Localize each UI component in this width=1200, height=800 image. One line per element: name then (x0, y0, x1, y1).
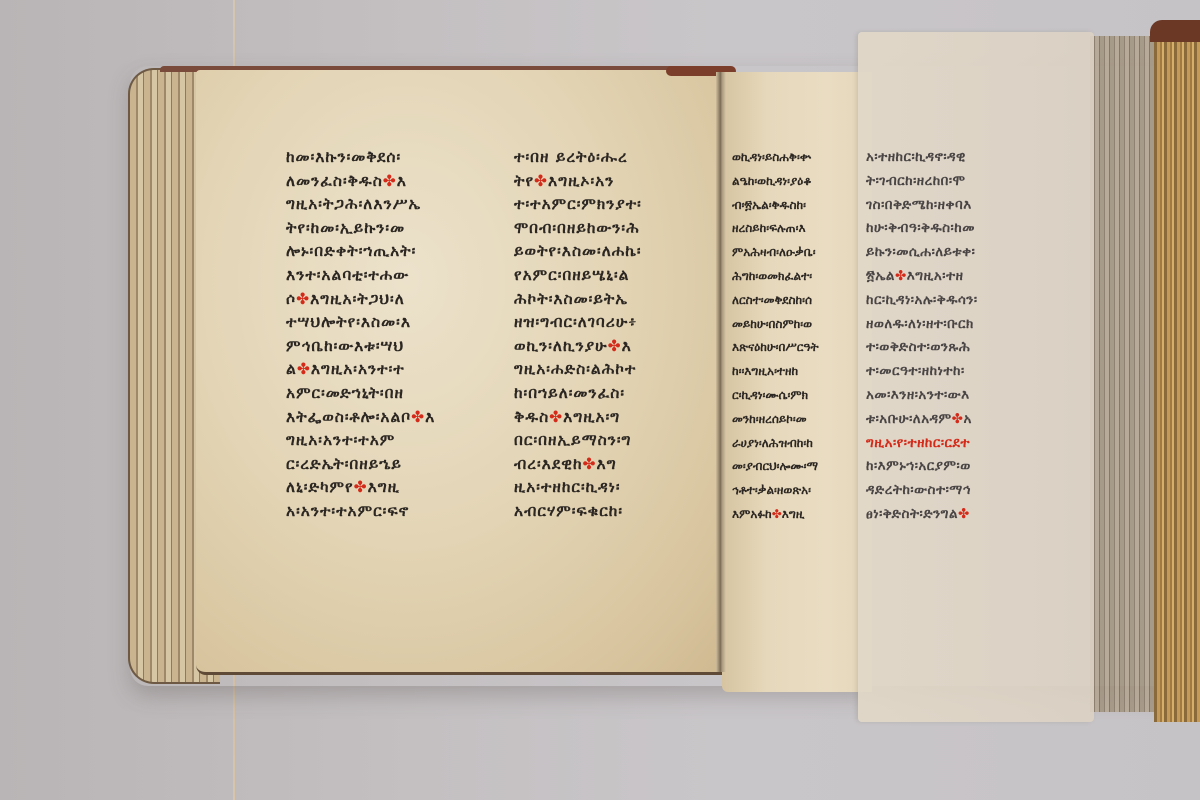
manuscript-line: ተሣህሎትየ፡እስመ፡እ (286, 311, 435, 335)
manuscript-line: ቅዱስ✤እግዚአ፡ግ (514, 406, 642, 430)
manuscript-line: አምር፡መድኀኒት፡በዘ (286, 382, 435, 406)
manuscript-line: ል✤እግዚአ፡አንተ፡ተ (286, 358, 435, 382)
rubric-cross-icon: ✤ (583, 455, 597, 473)
manuscript-line: ት፡ገብርከ፡ዘረከበ፡ሞ (866, 170, 978, 194)
rubric-cross-icon: ✤ (958, 506, 970, 522)
rubric-cross-icon: ✤ (952, 411, 964, 427)
manuscript-line: ለኒ፡ድካምየ✤እግዚ (286, 476, 435, 500)
manuscript-line: አ፡አንተ፡ተአምር፡ፍኖ (286, 500, 435, 524)
left-folio-column-2: ተ፡በዘ ይረትዕ፡ሑረትየ✤እግዚኦ፡አንተ፡ተአምር፡ምክንያተ፡ሞበብ፡በ… (514, 146, 642, 524)
manuscript-line: ሕኮት፡እስመ፡ይትኤ (514, 288, 642, 312)
right-folio-column-1: ወኪዳነ፡ይስሐቅ፡ቍልዔከ፡ወኪዳነ፡ያዕቆብ፡፳ኤል፡ቅዱስከ፡ዘረስይከ፡… (732, 146, 819, 527)
rubric-cross-icon: ✤ (297, 360, 311, 378)
manuscript-line: ከ፡፡እግዚአ፡ተዘከ (732, 360, 819, 384)
manuscript-line: ከ፡በኀይለ፡መንፈስ፡ (514, 382, 642, 406)
manuscript-line: የአምር፡በዘይሤኒ፡ል (514, 264, 642, 288)
left-folio-column-1: ከመ፡እኩን፡መቅደሰ፡ለመንፈስ፡ቅዱስ✤እግዚአ፡ትጋሕ፡ለእንሥኤትየ፡ከ… (286, 146, 435, 524)
manuscript-line: ሕግከ፡ወመክፈልተ፡ (732, 265, 819, 289)
book-gutter (716, 72, 726, 672)
manuscript-line: ይወትየ፡እስመ፡ለሐኬ፡ (514, 240, 642, 264)
rubric-cross-icon: ✤ (411, 408, 425, 426)
manuscript-line: ተ፡መርዓተ፡ዘከነተከ፡ (866, 360, 978, 384)
rubric-cross-icon: ✤ (383, 172, 397, 190)
manuscript-line: ትየ፡ከመ፡ኢይኩን፡መ (286, 217, 435, 241)
manuscript-line: ሶ✤እግዚአ፡ትጋህ፡ለ (286, 288, 435, 312)
manuscript-line: ተ፡ወቅድስተ፡ወንጹሕ (866, 336, 978, 360)
manuscript-line: ኅቶተ፡ቃል፡ዘወጽአ፡ (732, 479, 819, 503)
manuscript-line: ወኪዳነ፡ይስሐቅ፡ቍ (732, 146, 819, 170)
manuscript-line: መይከሁ፡በስምከ፡ወ (732, 313, 819, 337)
manuscript-line: ግዚአ፡አንተ፡ተአም (286, 429, 435, 453)
rubric-cross-icon: ✤ (549, 408, 563, 426)
manuscript-line: ለመንፈስ፡ቅዱስ✤እ (286, 170, 435, 194)
manuscript-line: ይኩን፡መሲሐ፡ለይቱቀ፡ (866, 241, 978, 265)
manuscript-line: ዘወለዱ፡ለነ፡ዘተ፡ቡርክ (866, 313, 978, 337)
rubric-cross-icon: ✤ (534, 172, 548, 190)
manuscript-line: ምኅቤከ፡ውእቱ፡ሣህ (286, 335, 435, 359)
manuscript-line: ትየ✤እግዚኦ፡አን (514, 170, 642, 194)
rubric-cross-icon: ✤ (608, 337, 622, 355)
manuscript-line: ብ፡፳ኤል፡ቅዱስከ፡ (732, 194, 819, 218)
manuscript-line: ብረ፡እደዊከ✤እግ (514, 453, 642, 477)
rubric-cross-icon: ✤ (895, 268, 907, 284)
manuscript-line: ግዚአ፡ሐድስ፡ልሕኮተ (514, 358, 642, 382)
manuscript-line: አመ፡እንዘ፡አንተ፡ውእ (866, 384, 978, 408)
manuscript-line: ዳድረትከ፡ውስተ፡ማኅ (866, 479, 978, 503)
manuscript-line: ከመ፡እኩን፡መቅደሰ፡ (286, 146, 435, 170)
manuscript-line: ዘዝ፡ግብር፡ለገባሪሁ፥ (514, 311, 642, 335)
manuscript-line: ር፡ኪዳነ፡ሙሴ፡ምክ (732, 384, 819, 408)
manuscript-line: ቱ፡አቡሁ፡ለአዳም✤አ (866, 408, 978, 432)
manuscript-line: ከሁ፡ቅብዓ፡ቅዱስ፡ከመ (866, 217, 978, 241)
manuscript-line: ልዔከ፡ወኪዳነ፡ያዕቆ (732, 170, 819, 194)
manuscript-line: ር፡ረድኤት፡በዘይኄይ (286, 453, 435, 477)
rubric-cross-icon: ✤ (354, 478, 368, 496)
manuscript-line: በር፡በዘኢይማስን፡ግ (514, 429, 642, 453)
manuscript-line: ራሀያነ፡ለሕዝብከ፡ከ (732, 432, 819, 456)
rubric-cross-icon: ✤ (772, 507, 782, 521)
manuscript-line: እትፌወስ፡ቶሎ፡አልቦ✤እ (286, 406, 435, 430)
manuscript-line: ዚአ፡ተዘከር፡ኪዳነ፡ (514, 476, 642, 500)
manuscript-line: መንከ፡ዘረሰይኮ፡መ (732, 408, 819, 432)
manuscript-line: ወኪን፡ለኪንያሁ✤እ (514, 335, 642, 359)
manuscript-line: ግዚአ፡ትጋሕ፡ለእንሥኤ (286, 193, 435, 217)
manuscript-line: ሎኑ፡በድቀት፡ኀጢአት፡ (286, 240, 435, 264)
left-folio (196, 70, 722, 675)
manuscript-line: ገስ፡በቅድሜከ፡ዘቀባእ (866, 194, 978, 218)
manuscript-line: ለርስተ፡መቅደስከ፡ሰ (732, 289, 819, 313)
right-cover-edge (1150, 20, 1200, 42)
manuscript-line: ግዚአ፡የ፡ተዘከር፡ርደተ (866, 432, 978, 456)
manuscript-line: አ፡ተዘከር፡ኪዳኖ፡ዳዊ (866, 146, 978, 170)
manuscript-line: ፳ኤል✤እግዚአ፡ተዘ (866, 265, 978, 289)
manuscript-line: ከር፡ኪዳነ፡አሉ፡ቅዱሳን፡ (866, 289, 978, 313)
manuscript-line: ዘረስይከ፡ፍሉጠ፡እ (732, 217, 819, 241)
manuscript-line: ፀነ፡ቅድስት፡ድንግል✤ (866, 503, 978, 527)
manuscript-line: እምአፉከ✤እግዚ (732, 503, 819, 527)
manuscript-line: ሞበብ፡በዘይከውን፡ሕ (514, 217, 642, 241)
manuscript-line: እንተ፡አልባቲ፡ተሐው (286, 264, 435, 288)
right-fore-edge (1154, 32, 1200, 722)
manuscript-line: ከ፡እምኑኀ፡አርያም፡ወ (866, 455, 978, 479)
rubric-cross-icon: ✤ (296, 290, 310, 308)
manuscript-line: ምአሕዛብ፡ለዑቃቤ፡ (732, 241, 819, 265)
photo-scene: ከመ፡እኩን፡መቅደሰ፡ለመንፈስ፡ቅዱስ✤እግዚአ፡ትጋሕ፡ለእንሥኤትየ፡ከ… (0, 0, 1200, 800)
manuscript-line: እጽናዕከሁ፡በሥርዓት (732, 336, 819, 360)
manuscript-line: መ፡ያብርህ፡ሎሙ፡ማ (732, 455, 819, 479)
manuscript-line: አብርሃም፡ፍቁርከ፡ (514, 500, 642, 524)
manuscript-line: ተ፡ተአምር፡ምክንያተ፡ (514, 193, 642, 217)
manuscript-line: ተ፡በዘ ይረትዕ፡ሑረ (514, 146, 642, 170)
right-folio-column-2: አ፡ተዘከር፡ኪዳኖ፡ዳዊት፡ገብርከ፡ዘረከበ፡ሞገስ፡በቅድሜከ፡ዘቀባእከ… (866, 146, 978, 527)
